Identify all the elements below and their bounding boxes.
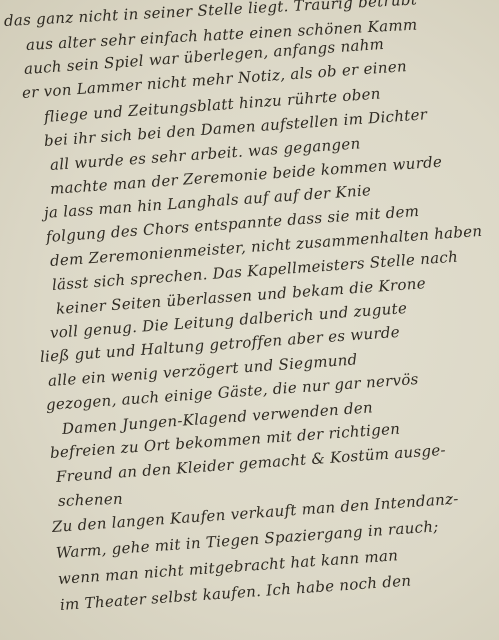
handwritten-line: schenen (58, 490, 124, 510)
manuscript-page: das ganz nicht in seiner Stelle liegt. T… (0, 0, 499, 640)
